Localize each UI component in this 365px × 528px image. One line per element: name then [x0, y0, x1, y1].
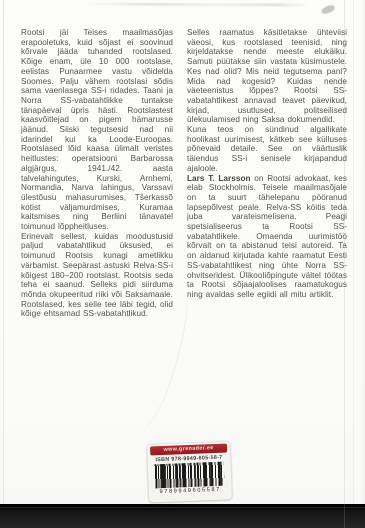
ean-barcode-icon: [155, 462, 225, 489]
cover-hinge-groove-on-band: [344, 504, 345, 528]
blurb-paragraph: Kuna teos on sündinud algallikate hoolik…: [187, 125, 347, 174]
right-edge-shadow: [361, 0, 365, 504]
page-block-edge: [353, 0, 354, 504]
publisher-website-band: www.grenader.ee: [150, 444, 227, 456]
author-bio-text: on Rootsi advokaat, kes elab Stockholmis…: [187, 174, 347, 299]
blurb-paragraph: Rootsi jäi Teises maailmasõjas erapoolet…: [21, 28, 173, 232]
blurb-right-column: Selles raamatus käsitletakse ühteviisi v…: [187, 28, 347, 300]
blurb-paragraph: Selles raamatus käsitletakse ühteviisi v…: [187, 28, 347, 125]
bottom-edge-highlight: [0, 507, 365, 508]
barcode-sticker: www.grenader.ee ISBN 978-9949-605-58-7 9…: [147, 441, 232, 502]
author-bio-paragraph: Lars T. Larsson on Rootsi advokaat, kes …: [187, 174, 347, 300]
top-smudge-mark: [80, 2, 310, 6]
book-back-cover-photo: Rootsi jäi Teises maailmasõjas erapoolet…: [0, 0, 365, 528]
gray-corner-mark: [320, 4, 335, 15]
blurb-left-column: Rootsi jäi Teises maailmasõjas erapoolet…: [21, 28, 173, 319]
cover-left-edge-line: [3, 0, 4, 506]
author-name: Lars T. Larsson: [187, 174, 251, 183]
blurb-paragraph: Erinevalt sellest, kuidas moodustusid pa…: [21, 232, 173, 319]
